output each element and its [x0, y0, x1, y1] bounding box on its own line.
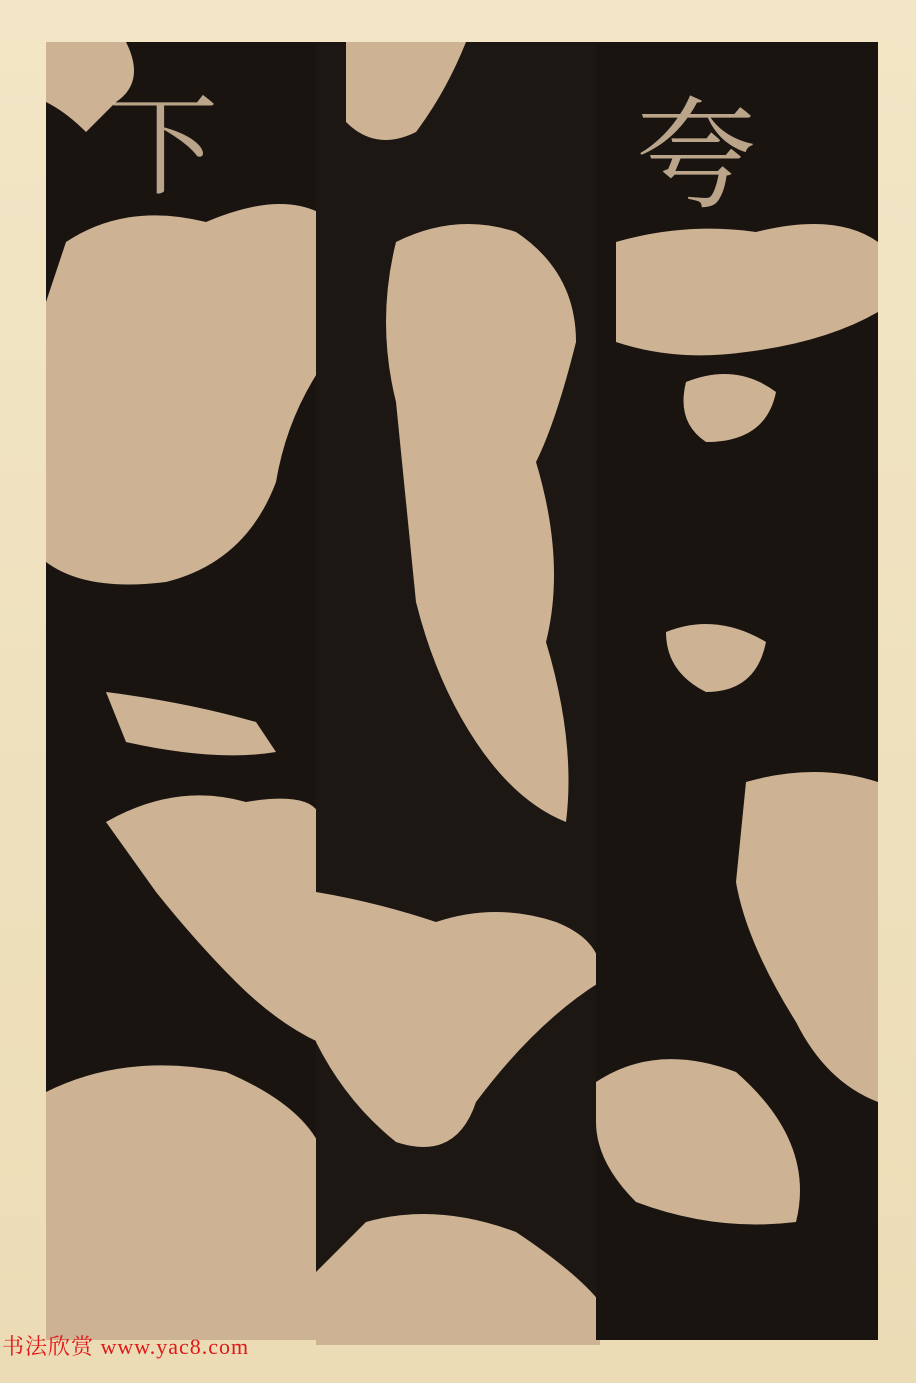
- character-kua: 夸: [636, 97, 756, 217]
- rubbing-column-1: 下: [46, 42, 318, 1340]
- watermark: 书法欣赏 www.yac8.com: [2, 1330, 249, 1361]
- rubbing-column-3: 夸: [596, 42, 878, 1340]
- rubbing-column-2: [316, 42, 600, 1345]
- character-xia: 下: [108, 92, 218, 202]
